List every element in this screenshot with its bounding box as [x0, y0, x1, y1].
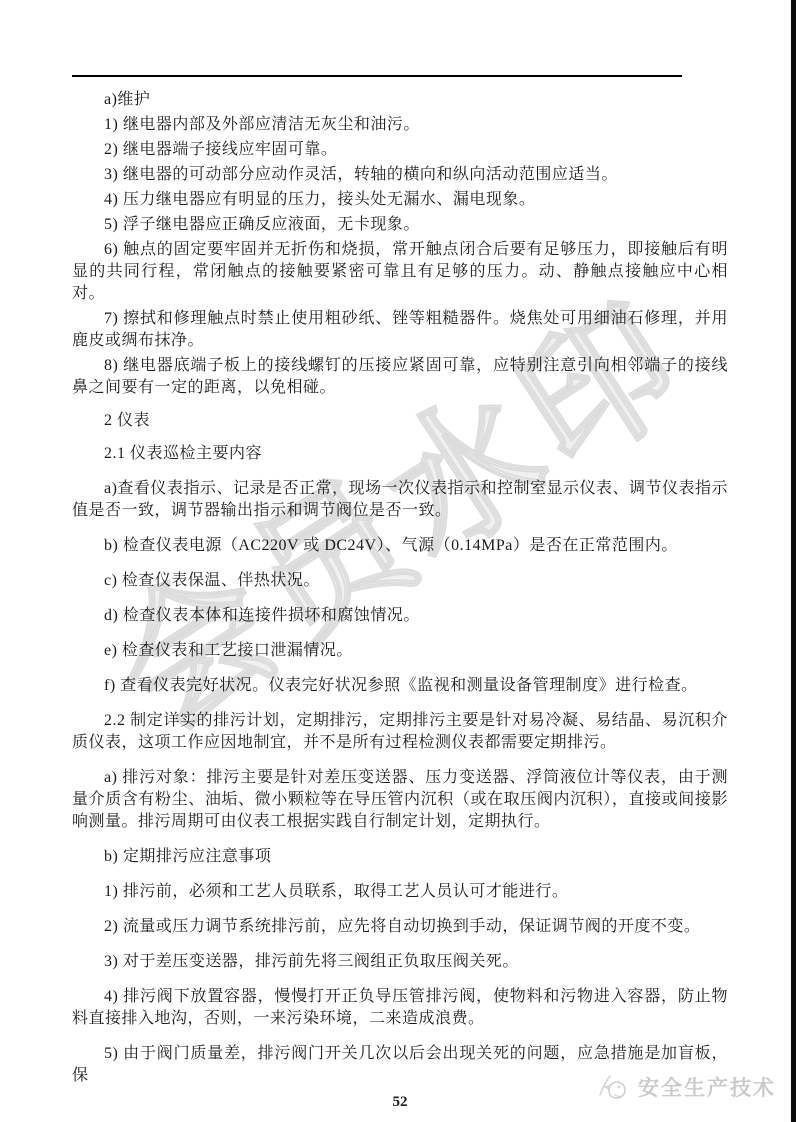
footer-brand: 安全生产技术 — [597, 1072, 776, 1102]
paragraph: a)查看仪表指示、记录是否正常，现场一次仪表指示和控制室显示仪表、调节仪表指示值… — [72, 478, 728, 522]
paragraph: e) 检查仪表和工艺接口泄漏情况。 — [72, 640, 728, 662]
paragraph: b) 检查仪表电源（AC220V 或 DC24V）、气源（0.14MPa）是否在… — [72, 535, 728, 557]
paragraph: 7) 擦拭和修理触点时禁止使用粗砂纸、锉等粗糙器件。烧焦处可用细油石修理，并用鹿… — [72, 308, 728, 352]
paragraph: 8) 继电器底端子板上的接线螺钉的压接应紧固可靠，应特别注意引向相邻端子的接线鼻… — [72, 355, 728, 399]
paragraph: 2.2 制定详实的排污计划，定期排污，定期排污主要是针对易冷凝、易结晶、易沉积介… — [72, 710, 728, 754]
paragraph: 3) 对于差压变送器，排污前先将三阀组正负取压阀关死。 — [72, 951, 728, 973]
document-body: a)维护1) 继电器内部及外部应清洁无灰尘和油污。2) 继电器端子接线应牢固可靠… — [72, 86, 728, 1111]
paragraph: 4) 压力继电器应有明显的压力，接头处无漏水、漏电现象。 — [72, 189, 728, 211]
bird-logo-icon — [597, 1073, 631, 1101]
paragraph: 1) 继电器内部及外部应清洁无灰尘和油污。 — [72, 114, 728, 136]
paragraph: 3) 继电器的可动部分应动作灵活，转轴的横向和纵向活动范围应适当。 — [72, 164, 728, 186]
paragraph: 2 仪表 — [72, 410, 728, 432]
paragraph: 4) 排污阀下放置容器，慢慢打开正负导压管排污阀，使物料和污物进入容器，防止物料… — [72, 986, 728, 1030]
paragraph: d) 检查仪表本体和连接件损坏和腐蚀情况。 — [72, 605, 728, 627]
paragraph: 5) 浮子继电器应正确反应液面，无卡现象。 — [72, 214, 728, 236]
right-edge-bar — [791, 0, 796, 1122]
paragraph: b) 定期排污应注意事项 — [72, 846, 728, 868]
paragraph: 2) 流量或压力调节系统排污前，应先将自动切换到手动，保证调节阀的开度不变。 — [72, 916, 728, 938]
footer-brand-text: 安全生产技术 — [638, 1072, 776, 1102]
paragraph: 1) 排污前，必须和工艺人员联系，取得工艺人员认可才能进行。 — [72, 881, 728, 903]
paragraph: a)维护 — [72, 89, 728, 111]
paragraph: c) 检查仪表保温、伴热状况。 — [72, 570, 728, 592]
paragraph: a) 排污对象：排污主要是针对差压变送器、压力变送器、浮筒液位计等仪表，由于测量… — [72, 767, 728, 833]
paragraph: 2.1 仪表巡检主要内容 — [72, 443, 728, 465]
paragraph: 6) 触点的固定要牢固并无折伤和烧损，常开触点闭合后要有足够压力，即接触后有明显… — [72, 239, 728, 305]
document-page: 会员水印 a)维护1) 继电器内部及外部应清洁无灰尘和油污。2) 继电器端子接线… — [0, 0, 796, 1122]
paragraph-list: a)维护1) 继电器内部及外部应清洁无灰尘和油污。2) 继电器端子接线应牢固可靠… — [72, 89, 728, 1087]
paragraph: 2) 继电器端子接线应牢固可靠。 — [72, 139, 728, 161]
paragraph: f) 查看仪表完好状况。仪表完好状况参照《监视和测量设备管理制度》进行检查。 — [72, 675, 728, 697]
header-rule — [72, 75, 682, 77]
